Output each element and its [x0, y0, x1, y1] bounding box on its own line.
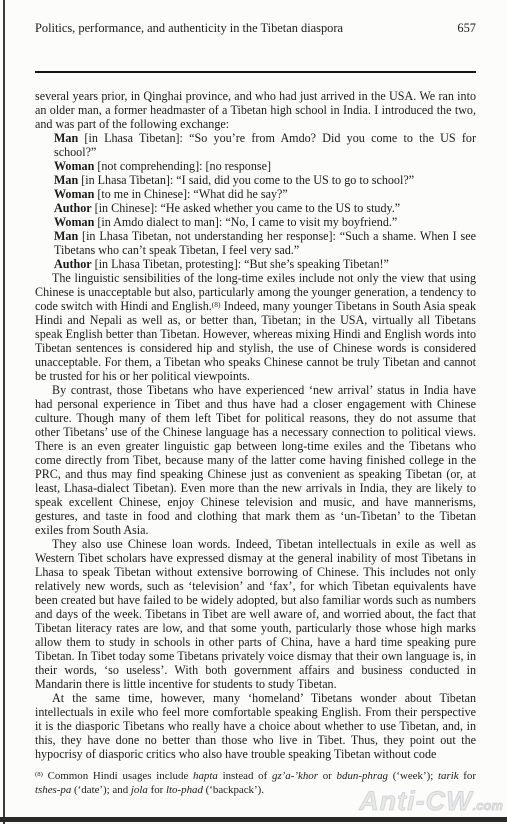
- scanned-paper-page: { "header": { "title": "Politics, perfor…: [0, 0, 507, 824]
- paragraph-continuation: several years prior, in Qinghai province…: [35, 89, 476, 131]
- paragraph: At the same time, however, many ‘homelan…: [35, 691, 476, 761]
- text-run: [in Lhasa Tibetan, protesting]: “But she…: [92, 257, 389, 271]
- text-run: (8): [212, 300, 221, 309]
- text-run: (‘backpack’).: [203, 784, 264, 796]
- text-run: Man: [54, 173, 78, 187]
- text-run: gz’a-’khor: [272, 770, 318, 782]
- watermark-main: Anti-CW: [359, 786, 472, 816]
- dialogue-line: Woman [to me in Chinese]: “What did he s…: [54, 187, 476, 201]
- text-run: They also use Chinese loan words. Indeed…: [35, 537, 476, 691]
- article-body: several years prior, in Qinghai province…: [35, 89, 476, 761]
- text-run: By contrast, those Tibetans who have exp…: [35, 383, 476, 537]
- dialogue-line: Author [in Chinese]: “He asked whether y…: [54, 201, 476, 215]
- scan-edge-bottom: [0, 817, 507, 822]
- dialogue-line: Man [in Lhasa Tibetan, not understanding…: [54, 229, 476, 257]
- text-run: for: [148, 784, 166, 796]
- paragraph: The linguistic sensibilities of the long…: [35, 271, 476, 383]
- paragraph: By contrast, those Tibetans who have exp…: [35, 383, 476, 537]
- running-head: Politics, performance, and authenticity …: [35, 21, 476, 35]
- text-run: tshes-pa: [35, 784, 71, 796]
- text-run: for: [459, 770, 476, 782]
- text-run: Woman: [54, 159, 94, 173]
- text-run: hapta: [193, 770, 218, 782]
- text-run: jola: [131, 784, 148, 796]
- text-run: [in Lhasa Tibetan]: “I said, did you com…: [78, 173, 414, 187]
- page-number: 657: [457, 21, 476, 35]
- paragraph: They also use Chinese loan words. Indeed…: [35, 537, 476, 691]
- running-head-title: Politics, performance, and authenticity …: [35, 21, 343, 35]
- dialogue-line: Woman [not comprehending]: [no response]: [54, 159, 476, 173]
- text-run: lto-phad: [166, 784, 203, 796]
- text-run: [in Chinese]: “He asked whether you came…: [92, 201, 401, 215]
- text-run: At the same time, however, many ‘homelan…: [35, 691, 476, 761]
- watermark-logo: Anti-CW.com: [359, 786, 503, 817]
- text-run: Author: [54, 201, 92, 215]
- text-run: tarik: [438, 770, 459, 782]
- text-run: (‘date’); and: [71, 784, 131, 796]
- text-run: bdun-phrag: [337, 770, 388, 782]
- text-run: instead of: [218, 770, 272, 782]
- text-run: (‘week’);: [388, 770, 438, 782]
- text-run: [in Amdo dialect to man]: “No, I came to…: [94, 215, 397, 229]
- text-run: Man: [54, 229, 78, 243]
- text-run: Woman: [54, 187, 94, 201]
- text-run: [to me in Chinese]: “What did he say?”: [94, 187, 287, 201]
- text-run: (8): [35, 771, 43, 778]
- text-run: [in Lhasa Tibetan, not understanding her…: [54, 229, 476, 257]
- text-run: Common Hindi usages include: [43, 770, 193, 782]
- watermark-suffix: .com: [473, 798, 503, 813]
- text-run: or: [318, 770, 337, 782]
- dialogue-line: Author [in Lhasa Tibetan, protesting]: “…: [54, 257, 476, 271]
- header-rule: [35, 71, 476, 73]
- text-run: [not comprehending]: [no response]: [94, 159, 271, 173]
- dialogue-line: Woman [in Amdo dialect to man]: “No, I c…: [54, 215, 476, 229]
- dialogue-line: Man [in Lhasa Tibetan]: “So you’re from …: [54, 131, 476, 159]
- text-run: Woman: [54, 215, 94, 229]
- text-run: [in Lhasa Tibetan]: “So you’re from Amdo…: [54, 131, 476, 159]
- text-run: Man: [54, 131, 78, 145]
- text-run: several years prior, in Qinghai province…: [35, 89, 476, 131]
- scan-edge-left: [3, 0, 5, 824]
- text-run: Author: [54, 257, 92, 271]
- dialogue-line: Man [in Lhasa Tibetan]: “I said, did you…: [54, 173, 476, 187]
